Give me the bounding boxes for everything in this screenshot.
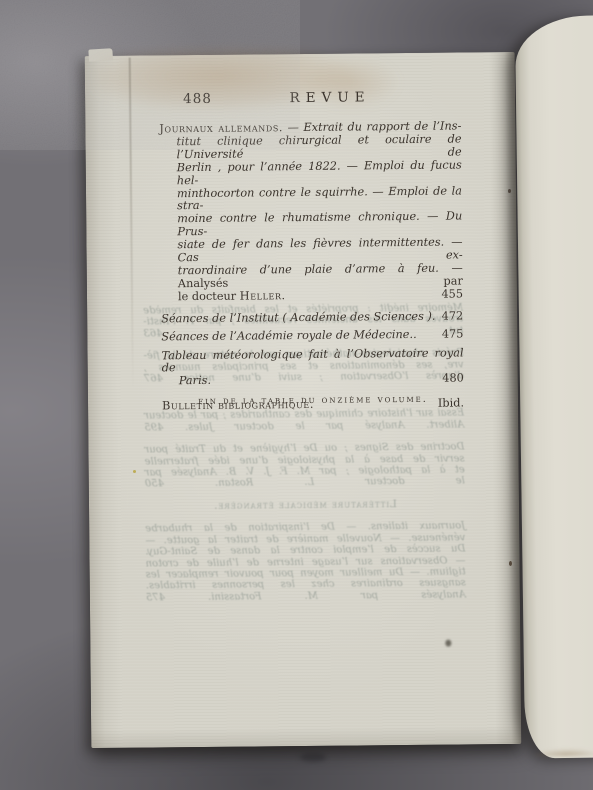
page-header: 488 REVUE — [159, 88, 461, 109]
book-page: Mémoire inédit : propriétés et les bienf… — [85, 52, 522, 748]
page-reference: 472 — [442, 310, 464, 323]
entry-text: le docteur — [178, 289, 236, 303]
book-fore-edge-pages — [515, 15, 593, 758]
dirt-speck — [133, 470, 136, 473]
fore-edge-bottom-shading — [531, 748, 593, 757]
entry-text: Séances de l’Académie royale de Médecine… — [161, 329, 416, 344]
toc-line: Tableau météorologique fait à l’Observat… — [162, 347, 464, 376]
entry-author: Heller. — [240, 289, 286, 302]
running-title: REVUE — [159, 88, 501, 107]
paper-crease — [129, 58, 134, 388]
dirt-speck — [508, 189, 511, 193]
toc-entry-seances-academie: Séances de l’Académie royale de Médecine… — [161, 329, 463, 345]
ink-smudge — [445, 640, 451, 647]
toc-entry-journaux-allemands: Journaux allemands. — Extrait du rapport… — [159, 120, 463, 304]
bleedthrough-block: Journaux italiens. — De l’inspiration de… — [145, 521, 466, 604]
dirt-speck — [509, 561, 512, 566]
bleedthrough-block: Doctrine des Signes ; ou De l’hygiène et… — [144, 442, 464, 491]
page-corner-tab — [88, 48, 113, 61]
toc-entry-seances-institut: Séances de l’Institut ( Académie des Sci… — [161, 310, 463, 326]
table-of-contents: Journaux allemands. — Extrait du rapport… — [159, 120, 464, 413]
entry-label: Journaux allemands. — [159, 121, 283, 135]
page-reference: 455 — [441, 288, 463, 301]
bleedthrough-block: Littérature médicale étrangère. — [145, 498, 465, 512]
page-reference: 480 — [442, 373, 464, 386]
toc-line: traordinaire d’une plaie d’arme à feu. —… — [161, 262, 463, 291]
toc-line: titut clinique chirurgical et oculaire d… — [159, 133, 461, 162]
toc-line: Paris. — [162, 373, 464, 389]
toc-line: Berlin , pour l’année 1822. — Emploi du … — [160, 159, 462, 188]
toc-line: le docteur Heller. — [161, 288, 463, 304]
toc-entry-tableau-meteorologique: Tableau météorologique fait à l’Observat… — [162, 347, 464, 389]
paper-stain — [93, 47, 424, 128]
page-reference: 475 — [442, 329, 464, 342]
photo-of-book-on-granite: Mémoire inédit : propriétés et les bienf… — [0, 0, 593, 790]
entry-text: Séances de l’Institut ( Académie des Sci… — [161, 310, 435, 326]
stone-blot — [300, 753, 326, 762]
